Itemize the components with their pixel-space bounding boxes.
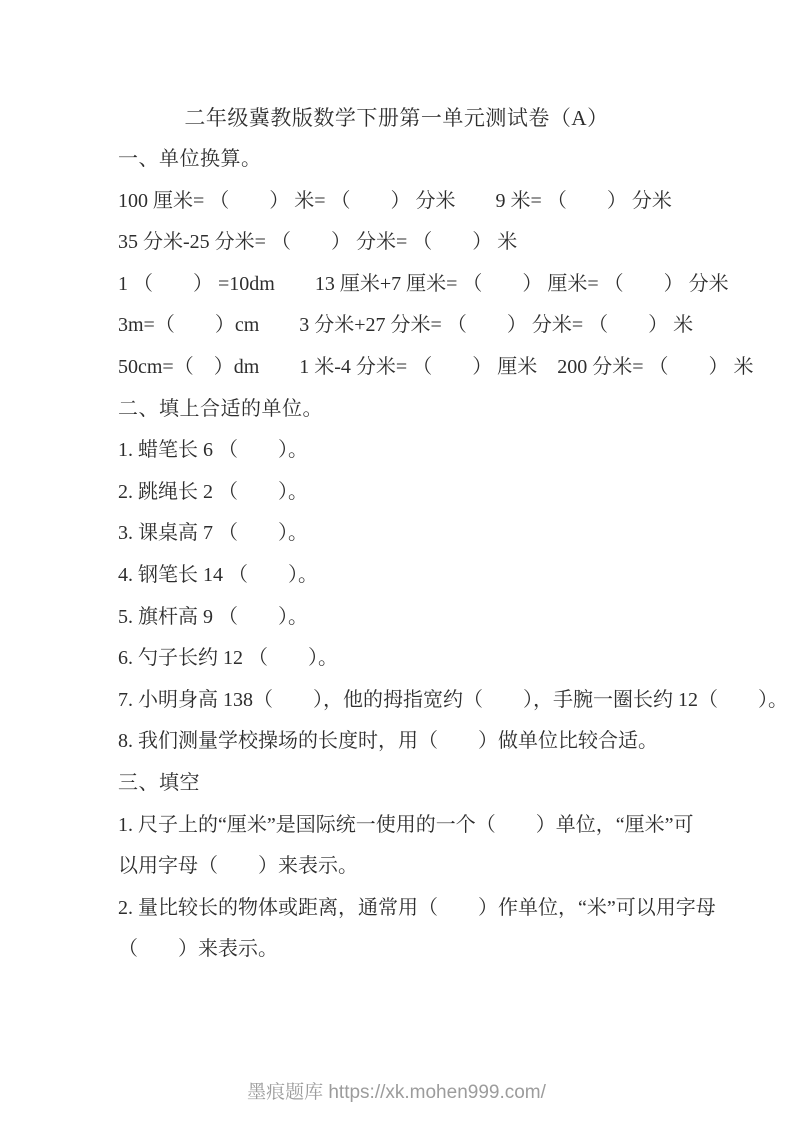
- question-line: 2. 量比较长的物体或距离，通常用（ ）作单位，“米”可以用字母: [118, 888, 773, 930]
- question-line: 3. 课桌高 7 （ ）。: [118, 513, 773, 555]
- question-line: 8. 我们测量学校操场的长度时，用（ ）做单位比较合适。: [118, 721, 773, 763]
- question-line: 以用字母（ ）来表示。: [118, 846, 773, 888]
- page-title: 二年级冀教版数学下册第一单元测试卷（A）: [0, 103, 793, 133]
- question-line: 1. 尺子上的“厘米”是国际统一使用的一个（ ）单位，“厘米”可: [118, 805, 773, 847]
- question-line: 1 （ ） =10dm 13 厘米+7 厘米= （ ） 厘米= （ ） 分米: [118, 264, 773, 306]
- question-line: 6. 勺子长约 12 （ ）。: [118, 638, 773, 680]
- question-line: 7. 小明身高 138（ ），他的拇指宽约（ ），手腕一圈长约 12（ ）。: [118, 680, 773, 722]
- question-line: 100 厘米= （ ） 米= （ ） 分米 9 米= （ ） 分米: [118, 181, 773, 223]
- question-line: 2. 跳绳长 2 （ ）。: [118, 472, 773, 514]
- question-line: 3m=（ ）cm 3 分米+27 分米= （ ） 分米= （ ） 米: [118, 305, 773, 347]
- footer-url: https://xk.mohen999.com/: [328, 1082, 546, 1103]
- question-line: 50cm=（ ）dm 1 米-4 分米= （ ） 厘米 200 分米= （ ） …: [118, 347, 773, 389]
- worksheet-page: 二年级冀教版数学下册第一单元测试卷（A） 一、单位换算。 100 厘米= （ ）…: [0, 0, 793, 1122]
- section-3-heading: 三、填空: [118, 763, 773, 805]
- footer-watermark: 墨痕题库 https://xk.mohen999.com/: [0, 1080, 793, 1106]
- footer-site-name: 墨痕题库: [247, 1082, 323, 1103]
- worksheet-body: 一、单位换算。 100 厘米= （ ） 米= （ ） 分米 9 米= （ ） 分…: [118, 139, 773, 971]
- question-line: 35 分米-25 分米= （ ） 分米= （ ） 米: [118, 222, 773, 264]
- question-line: （ ）来表示。: [118, 929, 773, 971]
- section-2-heading: 二、填上合适的单位。: [118, 389, 773, 431]
- question-line: 1. 蜡笔长 6 （ ）。: [118, 430, 773, 472]
- question-line: 4. 钢笔长 14 （ ）。: [118, 555, 773, 597]
- section-1-heading: 一、单位换算。: [118, 139, 773, 181]
- question-line: 5. 旗杆高 9 （ ）。: [118, 597, 773, 639]
